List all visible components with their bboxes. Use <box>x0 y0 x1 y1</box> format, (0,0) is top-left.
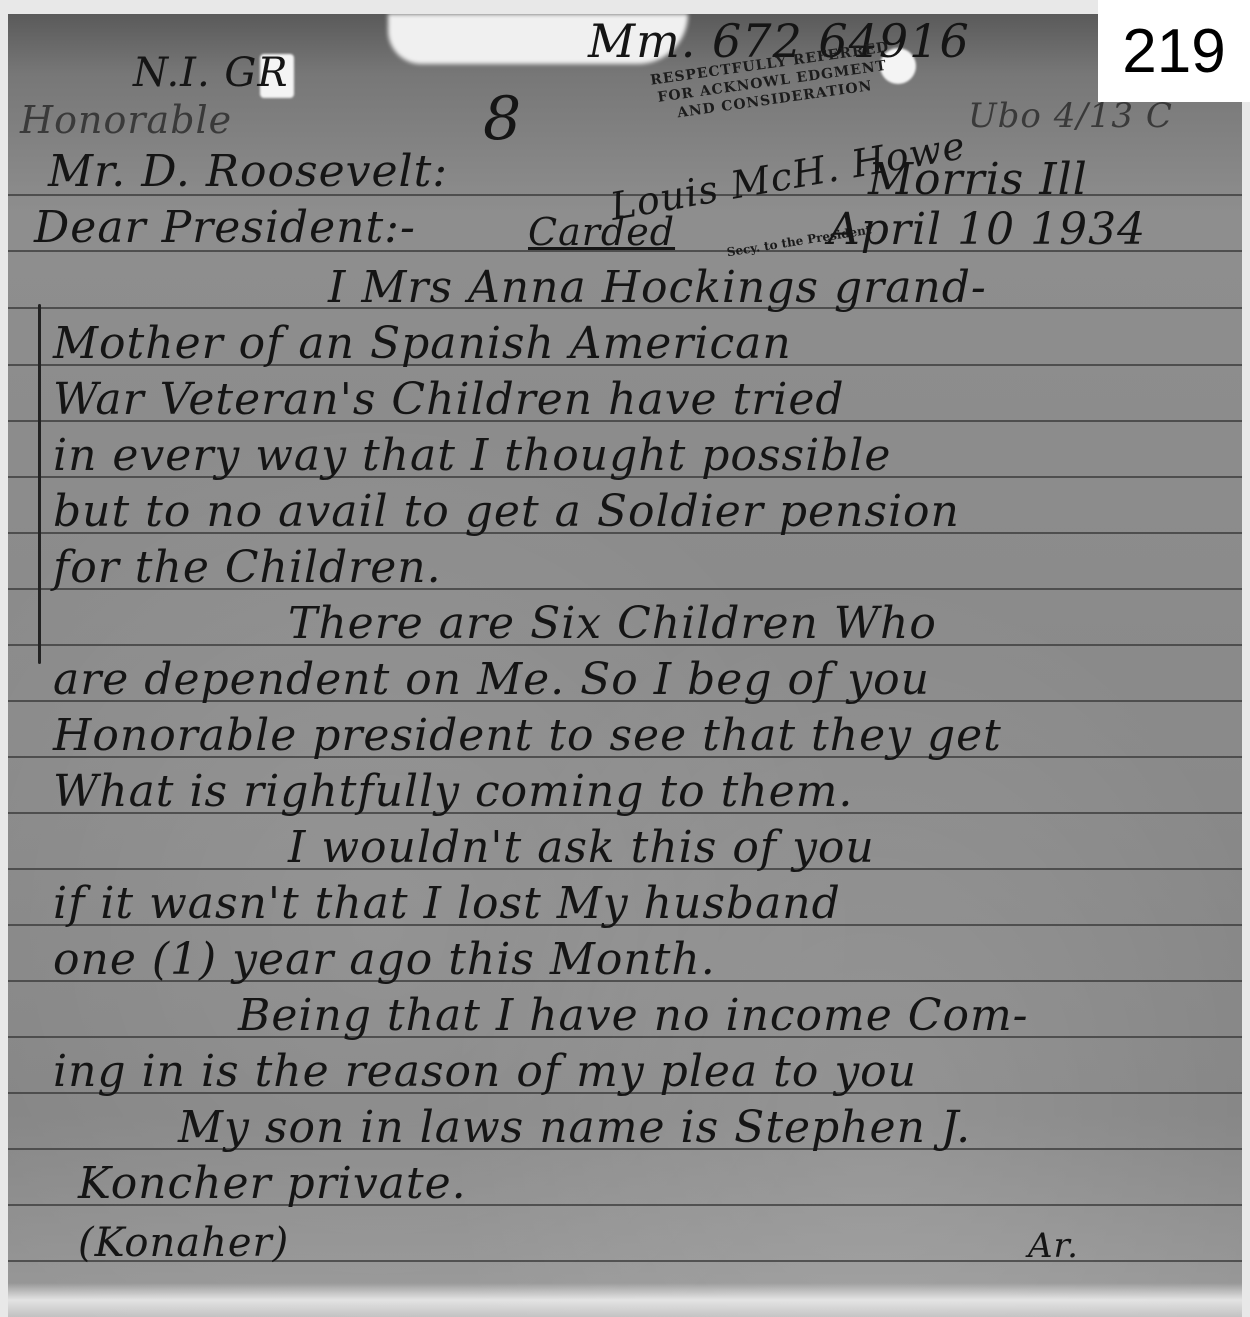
body-line: There are Six Children Who <box>288 598 937 649</box>
top-left-mark: N.I. GR <box>133 50 288 96</box>
body-line: for the Children. <box>53 542 442 593</box>
salutation-honorable: Honorable <box>20 98 232 142</box>
body-line: I wouldn't ask this of you <box>288 822 875 873</box>
top-right-mark: Ubo 4/13 C <box>968 96 1173 136</box>
body-line: My son in laws name is Stephen J. <box>178 1102 971 1153</box>
date: April 10 1934 <box>828 204 1146 255</box>
body-line: Mother of an Spanish American <box>53 318 792 369</box>
body-line: I Mrs Anna Hockings grand- <box>328 262 987 313</box>
body-line: in every way that I thought possible <box>53 430 891 481</box>
letter-sheet: N.I. GR Mm. 672 64916 8 Ubo 4/13 C RESPE… <box>8 14 1242 1317</box>
bottom-right-mark: Ar. <box>1028 1226 1079 1266</box>
location: Morris Ill <box>868 154 1088 205</box>
scan-glare <box>8 1283 1242 1317</box>
margin-bracket <box>38 304 41 664</box>
body-line: Being that I have no income Com- <box>238 990 1029 1041</box>
greeting: Dear President:- <box>34 202 416 253</box>
body-line: Koncher private. <box>78 1158 467 1209</box>
body-line: one (1) year ago this Month. <box>53 934 716 985</box>
salutation-name: Mr. D. Roosevelt: <box>48 146 448 197</box>
body-line: ing in is the reason of my plea to you <box>53 1046 917 1097</box>
body-line: if it wasn't that I lost My husband <box>53 878 841 929</box>
body-line: War Veteran's Children have tried <box>53 374 845 425</box>
carded-mark: Carded <box>528 210 675 254</box>
initial-mark: 8 <box>483 84 522 154</box>
footnote: (Konaher) <box>78 1220 289 1266</box>
page-number: 219 <box>1098 0 1250 102</box>
body-line: are dependent on Me. So I beg of you <box>53 654 930 705</box>
body-line: What is rightfully coming to them. <box>53 766 853 817</box>
body-line: Honorable president to see that they get <box>53 710 1002 761</box>
body-line: but to no avail to get a Soldier pension <box>53 486 960 537</box>
